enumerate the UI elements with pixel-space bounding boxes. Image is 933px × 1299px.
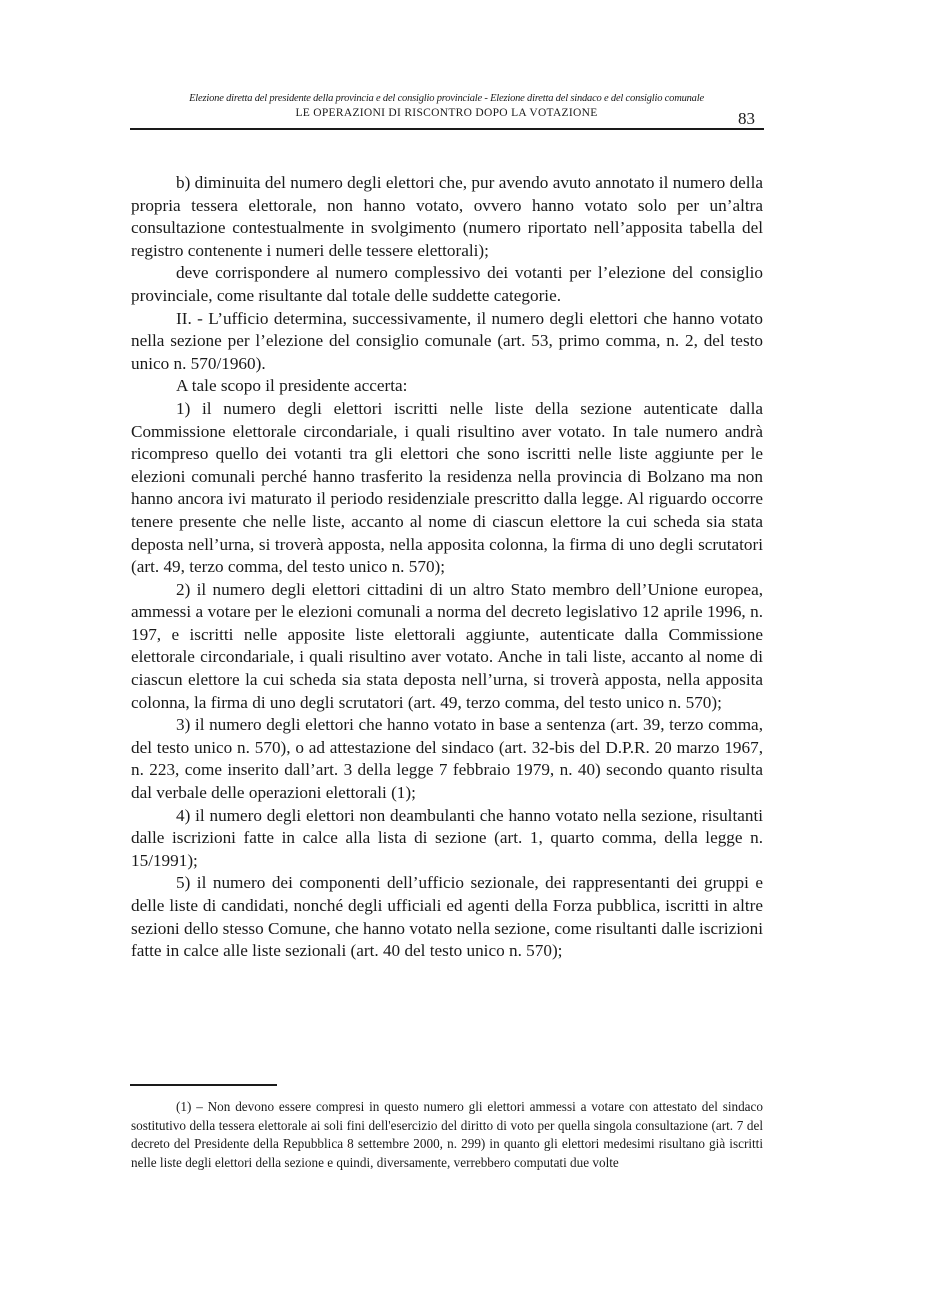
paragraph-section-ii: II. - L’ufficio determina, successivamen… xyxy=(131,308,763,376)
page-number: 83 xyxy=(738,109,755,129)
footnotes: (1) – Non devono essere compresi in ques… xyxy=(131,1098,763,1172)
section-title: LE OPERAZIONI DI RISCONTRO DOPO LA VOTAZ… xyxy=(130,106,763,120)
list-item-3: 3) il numero degli elettori che hanno vo… xyxy=(131,714,763,804)
paragraph-intro: A tale scopo il presidente accerta: xyxy=(131,375,763,398)
paragraph-b: b) diminuita del numero degli elettori c… xyxy=(131,172,763,262)
paragraph-total: deve corrispondere al numero complessivo… xyxy=(131,262,763,307)
body-text: b) diminuita del numero degli elettori c… xyxy=(131,172,763,963)
list-item-2: 2) il numero degli elettori cittadini di… xyxy=(131,579,763,715)
running-title: Elezione diretta del presidente della pr… xyxy=(130,92,763,106)
header-divider xyxy=(130,128,764,130)
document-page: Elezione diretta del presidente della pr… xyxy=(0,0,933,1299)
footnote-1: (1) – Non devono essere compresi in ques… xyxy=(131,1098,763,1172)
footnote-divider xyxy=(130,1084,277,1086)
running-header: Elezione diretta del presidente della pr… xyxy=(130,92,763,120)
list-item-1: 1) il numero degli elettori iscritti nel… xyxy=(131,398,763,579)
list-item-5: 5) il numero dei componenti dell’ufficio… xyxy=(131,872,763,962)
list-item-4: 4) il numero degli elettori non deambula… xyxy=(131,805,763,873)
